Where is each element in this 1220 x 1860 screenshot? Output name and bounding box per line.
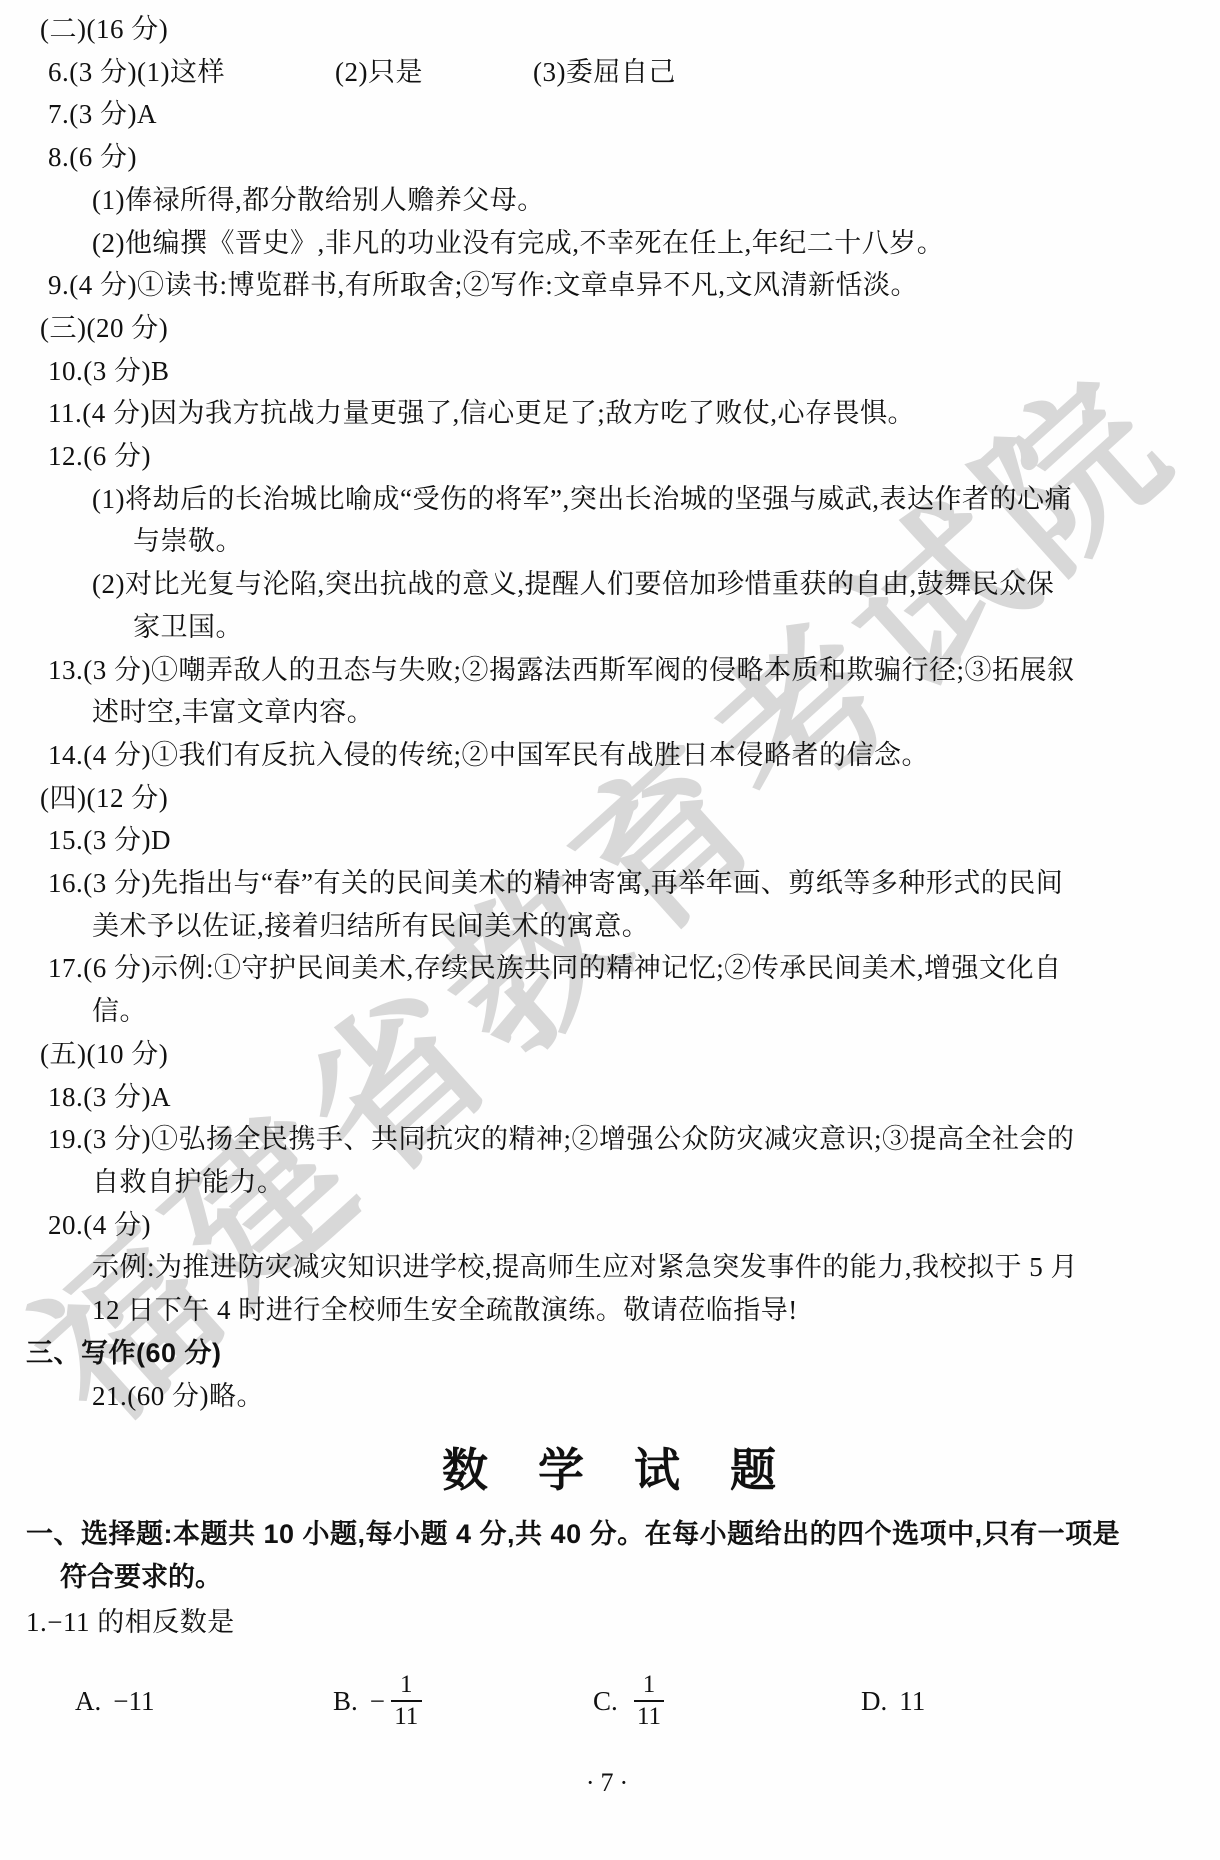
fraction-denominator: 11 [634,1702,665,1732]
fraction-denominator: 11 [391,1702,422,1732]
option-c-label: C. [593,1686,618,1717]
option-a: A. −11 [75,1686,333,1717]
math-question-1: 1.−11 的相反数是 [26,1601,1220,1644]
page-number: ·7· [0,1768,1220,1798]
page-content: (二)(16 分) 6.(3 分)(1)这样 (2)只是 (3)委屈自己 7.(… [0,0,1220,1743]
answer-line: (1)将劫后的长治城比喻成“受伤的将军”,突出长治城的坚强与威武,表达作者的心痛 [92,478,1220,521]
option-d-label: D. [861,1686,887,1717]
option-a-value: −11 [113,1686,154,1717]
answer-line: 美术予以佐证,接着归结所有民间美术的寓意。 [92,905,1220,948]
option-b-label: B. [333,1686,358,1717]
answer-line: 自救自护能力。 [92,1161,1220,1204]
answer-line: 8.(6 分) [48,136,1220,179]
option-d: D. 11 [861,1686,925,1717]
answer-line: 13.(3 分)①嘲弄敌人的丑态与失败;②揭露法西斯军阀的侵略本质和欺骗行径;③… [48,649,1220,692]
answer-line: 20.(4 分) [48,1204,1220,1247]
answer-line: 14.(4 分)①我们有反抗入侵的传统;②中国军民有战胜日本侵略者的信念。 [48,734,1220,777]
math-exam-title: 数 学 试 题 [0,1439,1220,1501]
answer-line: 17.(6 分)示例:①守护民间美术,存续民族共同的精神记忆;②传承民间美术,增… [48,947,1220,990]
option-c: C. 1 11 [593,1671,861,1733]
answer-line: 16.(3 分)先指出与“春”有关的民间美术的精神寄寓,再举年画、剪纸等多种形式… [48,862,1220,905]
math-section-intro-cont: 符合要求的。 [60,1556,1220,1599]
answer-line: 12 日下午 4 时进行全校师生安全疏散演练。敬请莅临指导! [92,1289,1220,1332]
answer-line: 21.(60 分)略。 [92,1375,1220,1418]
answer-line: (2)对比光复与沦陷,突出抗战的意义,提醒人们要倍加珍惜重获的自由,鼓舞民众保 [92,563,1220,606]
answer-line: 10.(3 分)B [48,350,1220,393]
section-heading: (五)(10 分) [40,1033,1220,1076]
answer-line: 15.(3 分)D [48,819,1220,862]
answer-line: 11.(4 分)因为我方抗战力量更强了,信心更足了;敌方吃了败仗,心存畏惧。 [48,392,1220,435]
answer-line: (1)俸禄所得,都分散给别人赡养父母。 [92,179,1220,222]
answer-line: 12.(6 分) [48,435,1220,478]
fraction-numerator: 1 [391,1671,422,1703]
section-heading: (二)(16 分) [40,8,1220,51]
answer-line: 示例:为推进防灾减灾知识进学校,提高师生应对紧急突发事件的能力,我校拟于 5 月 [92,1246,1220,1289]
math-section-intro: 一、选择题:本题共 10 小题,每小题 4 分,共 40 分。在每小题给出的四个… [26,1513,1220,1556]
answer-line: 19.(3 分)①弘扬全民携手、共同抗灾的精神;②增强公众防灾减灾意识;③提高全… [48,1118,1220,1161]
exam-answer-page: 福建省教育考试院 (二)(16 分) 6.(3 分)(1)这样 (2)只是 (3… [0,0,1220,1860]
section-heading: (四)(12 分) [40,777,1220,820]
option-b-fraction: 1 11 [391,1671,422,1733]
question-1-options: A. −11 B. − 1 11 C. 1 11 D. 11 [75,1659,1220,1743]
section-heading: (三)(20 分) [40,307,1220,350]
answer-line: (2)他编撰《晋史》,非凡的功业没有完成,不幸死在任上,年纪二十八岁。 [92,222,1220,265]
answer-line: 家卫国。 [133,606,1220,649]
answer-line: 18.(3 分)A [48,1076,1220,1119]
answer-line: 7.(3 分)A [48,93,1220,136]
answer-line: 与崇敬。 [133,520,1220,563]
answer-line: 6.(3 分)(1)这样 (2)只是 (3)委屈自己 [48,51,1220,94]
answer-line: 述时空,丰富文章内容。 [92,691,1220,734]
writing-section-heading: 三、写作(60 分) [26,1332,1220,1375]
option-d-value: 11 [899,1686,925,1717]
option-b: B. − 1 11 [333,1671,593,1733]
fraction-numerator: 1 [634,1671,665,1703]
option-c-fraction: 1 11 [634,1671,665,1733]
answer-line: 9.(4 分)①读书:博览群书,有所取舍;②写作:文章卓异不凡,文风清新恬淡。 [48,264,1220,307]
option-b-minus-sign: − [370,1686,385,1717]
answer-line: 信。 [92,990,1220,1033]
option-a-label: A. [75,1686,101,1717]
